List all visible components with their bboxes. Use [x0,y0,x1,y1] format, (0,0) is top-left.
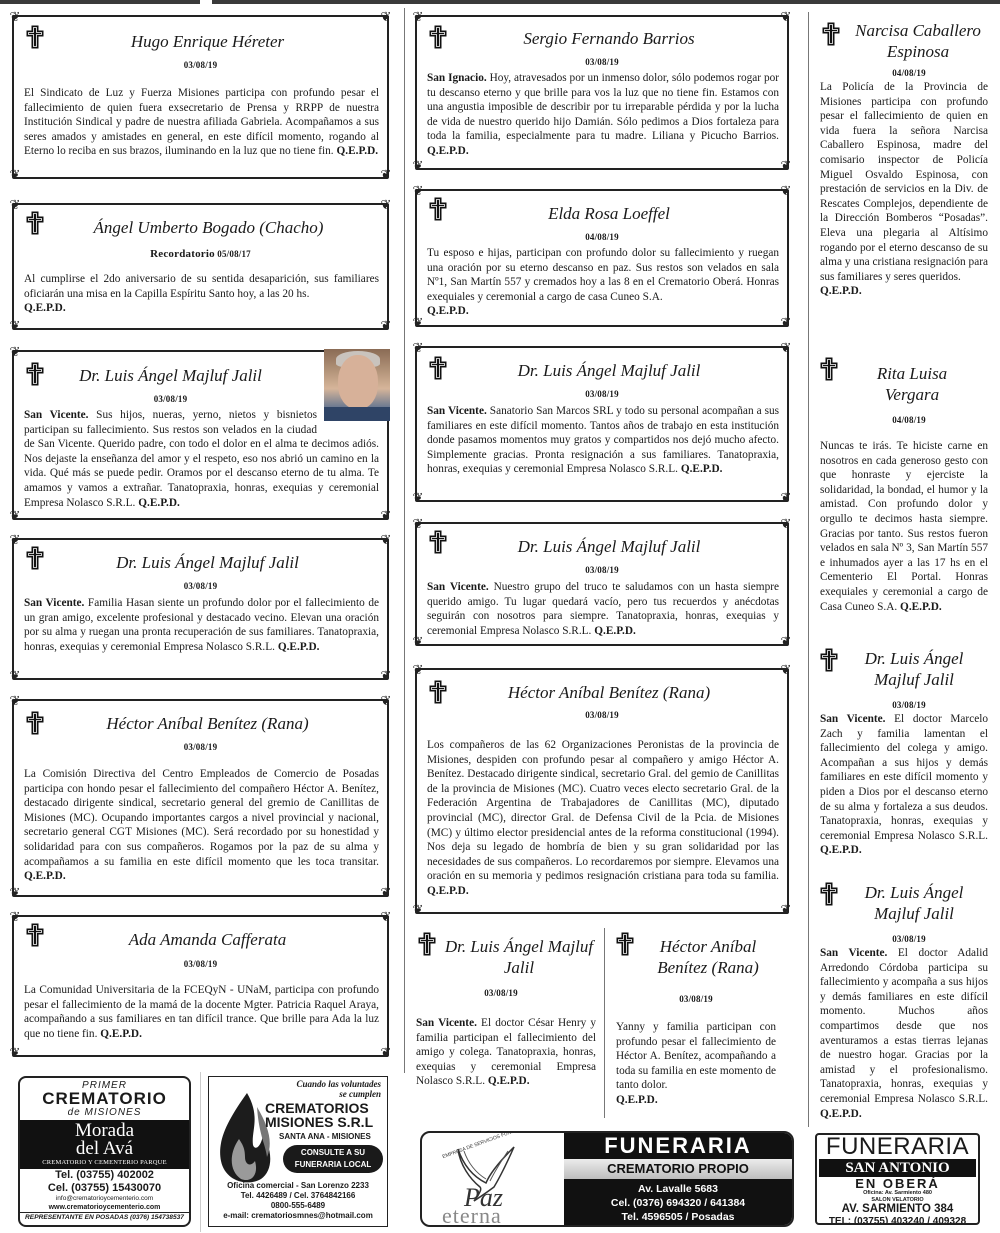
ad-funeraria-san-antonio: FUNERARIA SAN ANTONIO EN OBERÁ Oficina: … [815,1133,980,1225]
corner-ornament-icon: ❦ [379,911,393,925]
obituary-notice: Héctor Aníbal Benítez (Rana) 03/08/19 Ya… [616,928,776,1108]
notice-closing: Q.E.P.D. [820,844,862,856]
notice-body: San Vicente. El doctor Adalid Arredondo … [820,946,988,1121]
corner-ornament-icon: ❦ [379,11,393,25]
notice-closing: Q.E.P.D. [138,497,180,509]
notice-body: Al cumplirse el 2do aniversario de su se… [24,272,379,316]
corner-ornament-icon: ❦ [379,670,393,684]
notice-date: Recordatorio 05/08/17 [14,248,387,260]
corner-ornament-icon: ❦ [411,11,425,25]
notice-text: Al cumplirse el 2do aniversario de su se… [24,273,379,300]
corner-ornament-icon: ❦ [779,664,793,678]
cross-icon [616,932,634,956]
ad-paz-eterna: EMPRESA DE SERVICIOS FUNEBRES Paz eterna… [420,1131,794,1227]
corner-ornament-icon: ❦ [8,320,22,334]
cross-icon [429,25,447,49]
obituary-notice: ❦ ❦ ❦ ❦ Dr. Luis Ángel Majluf Jalil 03/0… [415,346,789,502]
deceased-name: Héctor Aníbal Benítez (Rana) [14,713,387,734]
notice-body: Nuncas te irás. Te hiciste carne en noso… [820,439,988,614]
corner-ornament-icon: ❦ [411,160,425,174]
corner-ornament-icon: ❦ [411,664,425,678]
notice-closing: Q.E.P.D. [427,305,469,317]
notice-body: San Vicente. Familia Hasan siente un pro… [24,596,379,654]
corner-ornament-icon: ❦ [411,185,425,199]
notice-closing: Q.E.P.D. [336,145,378,157]
ad-crematorios-misiones: Cuando las voluntadesse cumplen CREMATOR… [208,1076,388,1227]
corner-ornament-icon: ❦ [8,169,22,183]
notice-text: La Policía de la Provincia de Misiones p… [820,81,988,283]
notice-date: 04/08/19 [820,68,988,78]
cross-icon [418,932,436,956]
notice-text: Los compañeros de las 62 Organizaciones … [427,739,779,882]
notice-text: Tu esposo e hijas, participan con profun… [427,247,779,303]
notice-date: 04/08/19 [820,415,988,425]
notice-body: San Vicente. El doctor César Henry y fam… [416,1016,596,1089]
cross-icon [820,882,838,906]
corner-ornament-icon: ❦ [379,510,393,524]
notice-closing: Q.E.P.D. [100,1028,142,1040]
ad-subtitle: CREMATORIO PROPIO [564,1159,792,1179]
notice-date: 03/08/19 [14,581,387,591]
corner-ornament-icon: ❦ [411,904,425,918]
notice-text: La Comunidad Universitaria de la FCEQyN … [24,984,379,1040]
corner-ornament-icon: ❦ [8,534,22,548]
notice-lead: San Vicente. [820,713,885,725]
cross-icon [820,357,838,381]
obituary-notice: Rita Luisa Vergara 04/08/19 Nuncas te ir… [820,355,988,614]
ad-contact-info: Oficina comercial - San Lorenzo 2233 Tel… [209,1181,387,1221]
notice-date: 03/08/19 [820,700,988,710]
notice-closing: Q.E.P.D. [616,1094,658,1106]
deceased-name: Héctor Aníbal Benítez (Rana) [417,682,787,703]
corner-ornament-icon: ❦ [8,346,22,360]
obituary-notice: ❦ ❦ ❦ ❦ Ángel Umberto Bogado (Chacho) Re… [12,203,389,330]
ad-de-misiones: de MISIONES [20,1107,189,1118]
ad-name: SAN ANTONIO [819,1159,976,1177]
corner-ornament-icon: ❦ [779,518,793,532]
notice-lead: San Vicente. [24,597,84,609]
obituary-notice: ❦ ❦ ❦ ❦ Hugo Enrique Héreter 03/08/19 El… [12,15,389,179]
top-rule-right [212,0,1000,4]
corner-ornament-icon: ❦ [779,317,793,331]
notice-closing: Q.E.P.D. [594,625,636,637]
corner-ornament-icon: ❦ [779,904,793,918]
notice-text: El doctor Adalid Arredondo Córdoba parti… [820,947,988,1105]
ad-slogan: Cuando las voluntadesse cumplen [296,1079,381,1099]
obituary-notice: ❦ ❦ ❦ ❦ Héctor Aníbal Benítez (Rana) 03/… [415,668,789,914]
notice-closing: Q.E.P.D. [820,285,862,297]
notice-lead: San Vicente. [427,581,489,593]
corner-ornament-icon: ❦ [779,492,793,506]
corner-ornament-icon: ❦ [379,695,393,709]
corner-ornament-icon: ❦ [379,1047,393,1061]
notice-closing: Q.E.P.D. [427,885,469,897]
ad-toll-free: 0800-555-6489 [209,1201,387,1211]
notice-body: San Ignacio. Hoy, atravesados por un inm… [427,71,779,159]
deceased-name: Dr. Luis Ángel Majluf Jalil [417,536,787,557]
ad-website: www.crematorioycementerio.com [20,1203,189,1212]
notice-date: 03/08/19 [616,994,776,1004]
notice-body: Tu esposo e hijas, participan con profun… [427,246,779,319]
notice-date: 03/08/19 [14,60,387,70]
paz-eterna-logo: EMPRESA DE SERVICIOS FUNEBRES Paz eterna [422,1133,564,1225]
notice-text: El doctor Marcelo Zach y familia lamenta… [820,713,988,842]
obituary-notice: ❦ ❦ ❦ ❦ Héctor Aníbal Benítez (Rana) 03/… [12,699,389,897]
corner-ornament-icon: ❦ [379,320,393,334]
corner-ornament-icon: ❦ [779,160,793,174]
deceased-name: Dr. Luis Ángel Majluf Jalil [820,880,988,924]
notice-closing: Q.E.P.D. [488,1075,530,1087]
notice-body: San Vicente. Sanatorio San Marcos SRL y … [427,404,779,477]
deceased-name: Sergio Fernando Barrios [417,28,787,49]
notice-body: San Vicente. El doctor Marcelo Zach y fa… [820,712,988,858]
notice-date: 03/08/19 [820,934,988,944]
notice-text: El Sindicato de Luz y Fuerza Misiones pa… [24,87,379,157]
cross-icon [26,546,44,570]
obituary-notice: Dr. Luis Ángel Majluf Jalil 03/08/19 San… [416,928,596,1089]
ad-info-panel: FUNERARIA CREMATORIO PROPIO Av. Lavalle … [564,1133,792,1225]
notice-date: 03/08/19 [417,389,787,399]
ad-cta-pill: CONSULTE A SUFUNERARIA LOCAL [283,1145,383,1173]
notice-closing: Q.E.P.D. [820,1108,862,1120]
notice-lead: San Vicente. [24,409,88,421]
corner-ornament-icon: ❦ [8,695,22,709]
ad-title: FUNERARIA [817,1135,978,1159]
obituary-notice: ❦ ❦ ❦ ❦ Elda Rosa Loeffel 04/08/19 Tu es… [415,189,789,327]
deceased-photo [324,349,390,421]
notice-date: 03/08/19 [14,742,387,752]
notice-text: Nuncas te irás. Te hiciste carne en noso… [820,440,988,613]
ad-title: FUNERARIA [564,1133,792,1159]
notice-date: 03/08/19 [416,988,596,998]
corner-ornament-icon: ❦ [379,534,393,548]
corner-ornament-icon: ❦ [379,199,393,213]
deceased-name: Rita Luisa Vergara [820,355,988,405]
deceased-name: Narcisa Caballero Espinosa [820,20,988,62]
corner-ornament-icon: ❦ [411,518,425,532]
ad-tagline: CREMATORIO Y CEMENTERIO PARQUE [20,1158,189,1168]
cross-icon [26,362,44,386]
notice-text: Yanny y familia participan con profundo … [616,1021,776,1091]
corner-ornament-icon: ❦ [379,169,393,183]
ad-email: info@crematorioycementerio.com [20,1195,189,1203]
notice-lead: San Ignacio. [427,72,487,84]
corner-ornament-icon: ❦ [779,636,793,650]
cross-icon [822,22,840,46]
notice-closing: Q.E.P.D. [900,601,942,613]
ad-representative: REPRESENTANTE EN POSADAS (0376) 15473853… [20,1212,189,1223]
obituary-notice: ❦ ❦ ❦ ❦ Dr. Luis Ángel Majluf Jalil 03/0… [415,522,789,646]
cross-icon [429,530,447,554]
ad-phones: Tel. 4426489 / Cel. 3764842166 [209,1191,387,1201]
notice-closing: Q.E.P.D. [427,145,469,157]
ad-address: Av. Lavalle 5683 [564,1182,792,1196]
cross-icon [429,356,447,380]
corner-ornament-icon: ❦ [779,11,793,25]
notice-body: Yanny y familia participan con profundo … [616,1020,776,1108]
obituary-notice: Narcisa Caballero Espinosa 04/08/19 La P… [820,20,988,299]
deceased-name: Ada Amanda Cafferata [14,929,387,950]
notice-lead: San Vicente. [416,1017,477,1029]
deceased-name: Elda Rosa Loeffel [417,203,787,224]
obituary-notice: Dr. Luis Ángel Majluf Jalil 03/08/19 San… [820,880,988,1121]
obituary-notice: ❦ ❦ ❦ ❦ Dr. Luis Ángel Majluf Jalil 03/0… [12,538,389,680]
ad-crematorio: CREMATORIO [20,1091,189,1107]
ad-tel: Tel. (03755) 402002 [20,1169,189,1182]
obituary-notice: ❦ ❦ ❦ ❦ Sergio Fernando Barrios 03/08/19… [415,15,789,170]
notice-body: La Comisión Directiva del Centro Emplead… [24,767,379,884]
ad-address: AV. SARMIENTO 384 [817,1203,978,1216]
ad-location: SANTA ANA - MISIONES [279,1132,371,1141]
notice-closing: Q.E.P.D. [24,302,66,314]
notice-text: La Comisión Directiva del Centro Emplead… [24,768,379,868]
notice-body: Los compañeros de las 62 Organizaciones … [427,738,779,899]
corner-ornament-icon: ❦ [779,342,793,356]
deceased-name: Dr. Luis Ángel Majluf Jalil [417,360,787,381]
ad-email: e-mail: crematoriosmnes@hotmail.com [209,1211,387,1221]
cross-icon [820,648,838,672]
corner-ornament-icon: ❦ [8,911,22,925]
deceased-name: Héctor Aníbal Benítez (Rana) [616,928,776,978]
deceased-name: Hugo Enrique Héreter [14,31,387,52]
ad-brand-block: Morada del Avá CREMATORIO Y CEMENTERIO P… [20,1120,189,1169]
deceased-name: Dr. Luis Ángel Majluf Jalil [14,552,387,573]
cross-icon [429,197,447,221]
corner-ornament-icon: ❦ [8,670,22,684]
notice-date: 04/08/19 [417,232,787,242]
cross-icon [26,923,44,947]
column-divider [404,8,405,1073]
notice-date: 03/08/19 [417,565,787,575]
column-divider [808,12,809,1127]
corner-ornament-icon: ❦ [411,492,425,506]
notice-date: 03/08/19 [417,710,787,720]
column-divider [604,928,605,1118]
corner-ornament-icon: ❦ [8,199,22,213]
ad-office: Oficina comercial - San Lorenzo 2233 [209,1181,387,1191]
recordatorio-label: Recordatorio [150,248,215,260]
corner-ornament-icon: ❦ [411,317,425,331]
cross-icon [26,25,44,49]
notice-closing: Q.E.P.D. [24,870,66,882]
ad-city: EN OBERÁ [817,1177,978,1190]
notice-lead: San Vicente. [427,405,487,417]
notice-body: La Policía de la Provincia de Misiones p… [820,80,988,299]
logo-eterna: eterna [442,1203,502,1227]
corner-ornament-icon: ❦ [8,1047,22,1061]
corner-ornament-icon: ❦ [8,887,22,901]
notice-closing: Q.E.P.D. [278,641,320,653]
notice-body: El Sindicato de Luz y Fuerza Misiones pa… [24,86,379,159]
top-rule-left [0,0,200,4]
deceased-name: Dr. Luis Ángel Majluf Jalil [416,928,596,978]
notice-date: 03/08/19 [14,959,387,969]
corner-ornament-icon: ❦ [8,11,22,25]
ad-morada-del-ava: PRIMER CREMATORIO de MISIONES Morada del… [18,1076,191,1227]
corner-ornament-icon: ❦ [411,342,425,356]
deceased-name: Ángel Umberto Bogado (Chacho) [14,217,387,238]
notice-body: La Comunidad Universitaria de la FCEQyN … [24,983,379,1041]
corner-ornament-icon: ❦ [779,185,793,199]
ad-tel: TEL: (03755) 403240 / 409328 [817,1216,978,1225]
notice-closing: Q.E.P.D. [681,463,723,475]
ad-company-name: CREMATORIOSMISIONES S.R.L [265,1101,373,1129]
notice-body: San Vicente. Nuestro grupo del truco te … [427,580,779,638]
obituary-notice: ❦ ❦ ❦ ❦ Ada Amanda Cafferata 03/08/19 La… [12,915,389,1057]
ad-tel: Tel. 4596505 / Posadas [564,1210,792,1224]
corner-ornament-icon: ❦ [411,636,425,650]
obituary-notice: Dr. Luis Ángel Majluf Jalil 03/08/19 San… [820,646,988,858]
notice-lead: San Vicente. [820,947,887,959]
ad-cel: Cel. (03755) 15430070 [20,1182,189,1195]
ad-divider [200,1072,201,1232]
corner-ornament-icon: ❦ [8,510,22,524]
cross-icon [429,680,447,704]
corner-ornament-icon: ❦ [379,887,393,901]
ad-brand-line2: del Avá [20,1140,189,1158]
notice-body: San Vicente. Sus hijos, nueras, yerno, n… [24,408,379,510]
deceased-name: Dr. Luis Ángel Majluf Jalil [820,646,988,690]
cross-icon [26,211,44,235]
ad-cel: Cel. (0376) 694320 / 641384 [564,1196,792,1210]
cross-icon [26,711,44,735]
notice-date: 03/08/19 [417,57,787,67]
